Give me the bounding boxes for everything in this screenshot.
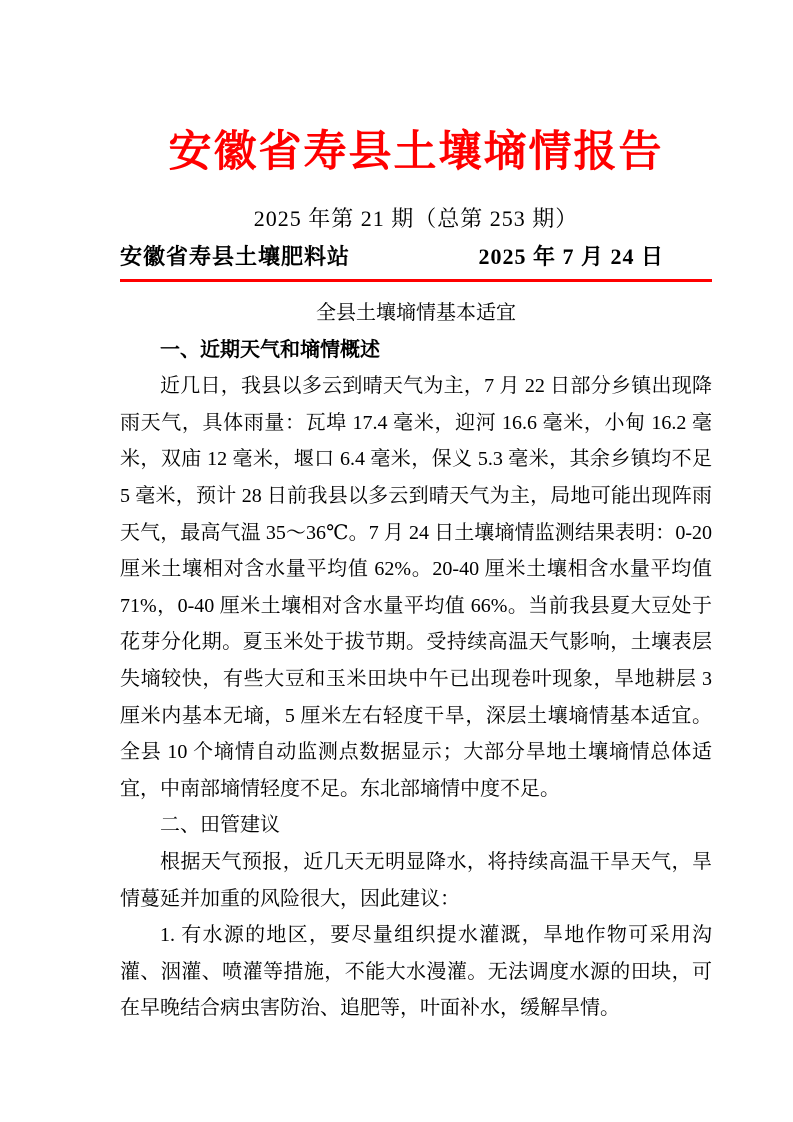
document-title: 安徽省寿县土壤墒情报告 [120, 126, 712, 178]
section-2-paragraph-1: 根据天气预报，近几天无明显降水，将持续高温干旱天气，旱情蔓延并加重的风险很大，因… [120, 844, 712, 917]
section-1-paragraph-1: 近几日，我县以多云到晴天气为主，7 月 22 日部分乡镇出现降雨天气，具体雨量：… [120, 368, 712, 807]
section-2-paragraph-2: 1. 有水源的地区，要尽量组织提水灌溉，旱地作物可采用沟灌、洇灌、喷灌等措施，不… [120, 917, 712, 1027]
header-divider-rule [120, 279, 712, 282]
section-1-heading: 一、近期天气和墒情概述 [120, 332, 712, 369]
document-page: 安徽省寿县土壤墒情报告 2025 年第 21 期（总第 253 期） 安徽省寿县… [0, 0, 793, 1122]
document-body: 全县土壤墒情基本适宜 一、近期天气和墒情概述 近几日，我县以多云到晴天气为主，7… [120, 295, 712, 1027]
section-2-heading: 二、田管建议 [120, 807, 712, 844]
issue-number-line: 2025 年第 21 期（总第 253 期） [120, 204, 712, 234]
document-subtitle: 全县土壤墒情基本适宜 [120, 295, 712, 332]
publication-date: 2025 年 7 月 24 日 [478, 241, 712, 273]
publisher-date-row: 安徽省寿县土壤肥料站 2025 年 7 月 24 日 [120, 241, 712, 273]
publisher-name: 安徽省寿县土壤肥料站 [120, 241, 350, 273]
